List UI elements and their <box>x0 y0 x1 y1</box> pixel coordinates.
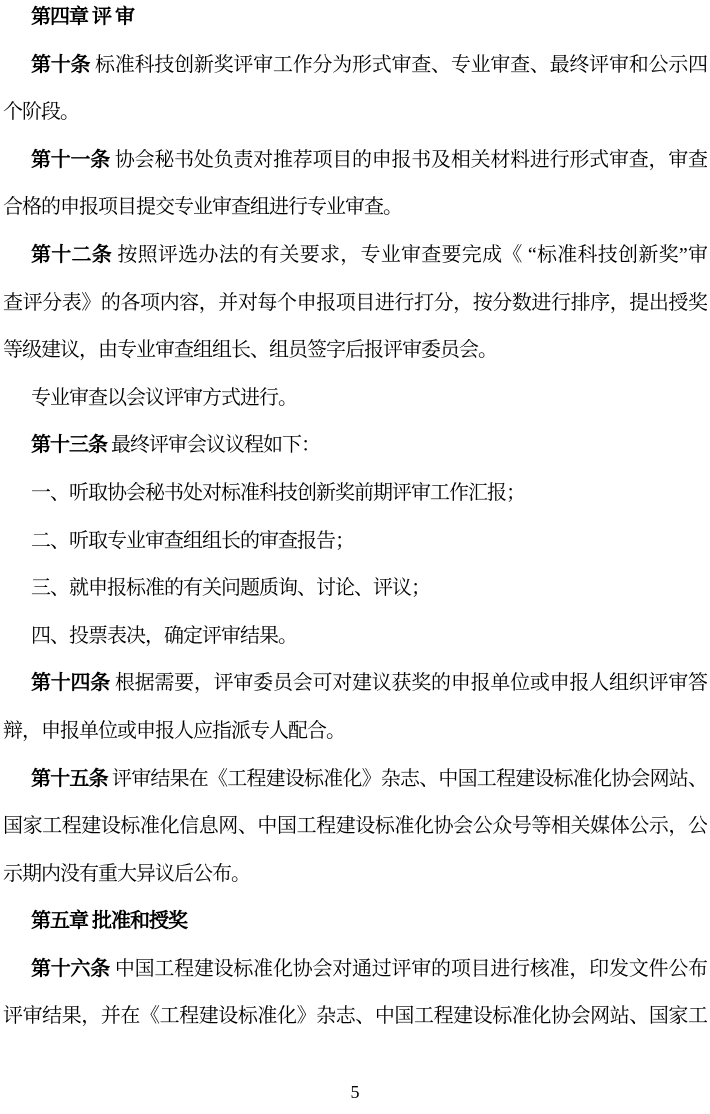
text-line: 等级建议，由专业审查组组长、组员签字后报评审委员会。 <box>3 327 707 375</box>
text-line: 第五章 批准和授奖 <box>3 898 707 946</box>
line-text: 协会秘书处负责对推荐项目的申报书及相关材料进行形式审查，审查 <box>110 149 707 171</box>
line-text: 二、听取专业审查组组长的审查报告； <box>31 530 354 552</box>
line-text: 评审结果，并在《工程建设标准化》杂志、中国工程建设标准化协会网站、国家工 <box>3 1005 707 1027</box>
text-line: 第十四条 根据需要，评审委员会可对建议获奖的申报单位或申报人组织评审答 <box>3 660 707 708</box>
article-number: 第十三条 <box>31 434 107 456</box>
article-number: 第十一条 <box>31 149 110 171</box>
line-text: 示期内没有重大异议后公布。 <box>3 863 250 885</box>
text-line: 辩，申报单位或申报人应指派专人配合。 <box>3 708 707 756</box>
text-line: 查评分表》的各项内容，并对每个申报项目进行打分，按分数进行排序，提出授奖 <box>3 280 707 328</box>
text-line: 第十一条 协会秘书处负责对推荐项目的申报书及相关材料进行形式审查，审查 <box>3 137 707 185</box>
article-number: 第十五条 <box>31 768 108 790</box>
text-line: 第十二条 按照评选办法的有关要求，专业审查要完成《 “标准科技创新奖”审 <box>3 232 707 280</box>
text-line: 四、投票表决，确定评审结果。 <box>3 613 707 661</box>
text-line: 示期内没有重大异议后公布。 <box>3 851 707 899</box>
text-line: 第十五条 评审结果在《工程建设标准化》杂志、中国工程建设标准化协会网站、 <box>3 756 707 804</box>
text-line: 专业审查以会议评审方式进行。 <box>3 375 707 423</box>
line-text: 合格的申报项目提交专业审查组进行专业审查。 <box>3 196 402 218</box>
line-text: 国家工程建设标准化信息网、中国工程建设标准化协会公众号等相关媒体公示，公 <box>3 815 707 837</box>
text-line: 二、听取专业审查组组长的审查报告； <box>3 518 707 566</box>
article-number: 第十四条 <box>31 672 110 694</box>
line-text: 四、投票表决，确定评审结果。 <box>31 625 297 647</box>
text-line: 一、听取协会秘书处对标准科技创新奖前期评审工作汇报； <box>3 470 707 518</box>
text-line: 国家工程建设标准化信息网、中国工程建设标准化协会公众号等相关媒体公示，公 <box>3 803 707 851</box>
text-line: 评审结果，并在《工程建设标准化》杂志、中国工程建设标准化协会网站、国家工 <box>3 993 707 1041</box>
line-text: 辩，申报单位或申报人应指派专人配合。 <box>3 720 345 742</box>
article-number: 第四章 评 审 <box>31 6 134 28</box>
line-text: 评审结果在《工程建设标准化》杂志、中国工程建设标准化协会网站、 <box>108 768 707 790</box>
text-line: 个阶段。 <box>3 89 707 137</box>
line-text: 一、听取协会秘书处对标准科技创新奖前期评审工作汇报； <box>31 482 525 504</box>
line-text: 查评分表》的各项内容，并对每个申报项目进行打分，按分数进行排序，提出授奖 <box>3 292 707 314</box>
text-line: 第十三条 最终评审会议议程如下： <box>3 422 707 470</box>
text-line: 合格的申报项目提交专业审查组进行专业审查。 <box>3 184 707 232</box>
line-text: 中国工程建设标准化协会对通过评审的项目进行核准，印发文件公布 <box>110 958 707 980</box>
line-text: 三、就申报标准的有关问题质询、讨论、评议； <box>31 577 430 599</box>
page-number: 5 <box>0 1082 710 1103</box>
article-number: 第十条 <box>31 54 90 76</box>
line-text: 按照评选办法的有关要求，专业审查要完成《 “标准科技创新奖”审 <box>112 244 707 266</box>
document-page: 第四章 评 审第十条 标准科技创新奖评审工作分为形式审查、专业审查、最终评审和公… <box>0 0 710 1041</box>
text-line: 第十条 标准科技创新奖评审工作分为形式审查、专业审查、最终评审和公示四 <box>3 42 707 90</box>
text-line: 三、就申报标准的有关问题质询、讨论、评议； <box>3 565 707 613</box>
article-number: 第十六条 <box>31 958 110 980</box>
text-line: 第十六条 中国工程建设标准化协会对通过评审的项目进行核准，印发文件公布 <box>3 946 707 994</box>
article-number: 第五章 批准和授奖 <box>31 910 187 932</box>
document-body: 第四章 评 审第十条 标准科技创新奖评审工作分为形式审查、专业审查、最终评审和公… <box>3 0 707 1041</box>
line-text: 标准科技创新奖评审工作分为形式审查、专业审查、最终评审和公示四 <box>90 54 707 76</box>
text-line: 第四章 评 审 <box>3 0 707 42</box>
line-text: 等级建议，由专业审查组组长、组员签字后报评审委员会。 <box>3 339 497 361</box>
line-text: 专业审查以会议评审方式进行。 <box>31 387 297 409</box>
line-text: 最终评审会议议程如下： <box>107 434 320 456</box>
article-number: 第十二条 <box>31 244 112 266</box>
line-text: 根据需要，评审委员会可对建议获奖的申报单位或申报人组织评审答 <box>110 672 707 694</box>
line-text: 个阶段。 <box>3 101 79 123</box>
